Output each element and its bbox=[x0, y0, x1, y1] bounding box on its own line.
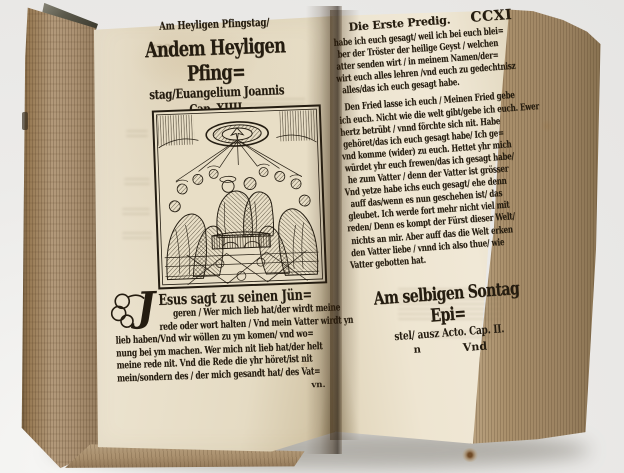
right-page-content: Die Erste Predig. CCXI habe ich euch ges… bbox=[332, 6, 550, 439]
right-catchword: Vnd bbox=[462, 339, 487, 354]
left-running-head: Am Heyligen Pfingstag/ bbox=[124, 14, 305, 34]
brown-stain-spot bbox=[462, 448, 478, 462]
right-paragraph-1: habe ich euch gesagt/ weil ich bei euch … bbox=[333, 24, 525, 98]
fore-edge-left bbox=[20, 2, 106, 470]
left-title-line1: Andem Heyligen Pfing= bbox=[124, 31, 307, 88]
fox-spot bbox=[540, 120, 554, 132]
gutter-shadow bbox=[306, 6, 342, 454]
book-photograph: CCX Am Heyligen Pfingstag/ Andem Heylige… bbox=[0, 0, 624, 473]
signature-mark: n bbox=[413, 344, 421, 357]
clasp-mark bbox=[22, 112, 28, 130]
pentecost-woodcut-illustration bbox=[151, 104, 327, 290]
right-paragraph-2: Den Fried lasse ich euch / Meinen Fried … bbox=[338, 89, 538, 272]
folio-number: CCXI bbox=[470, 7, 513, 26]
